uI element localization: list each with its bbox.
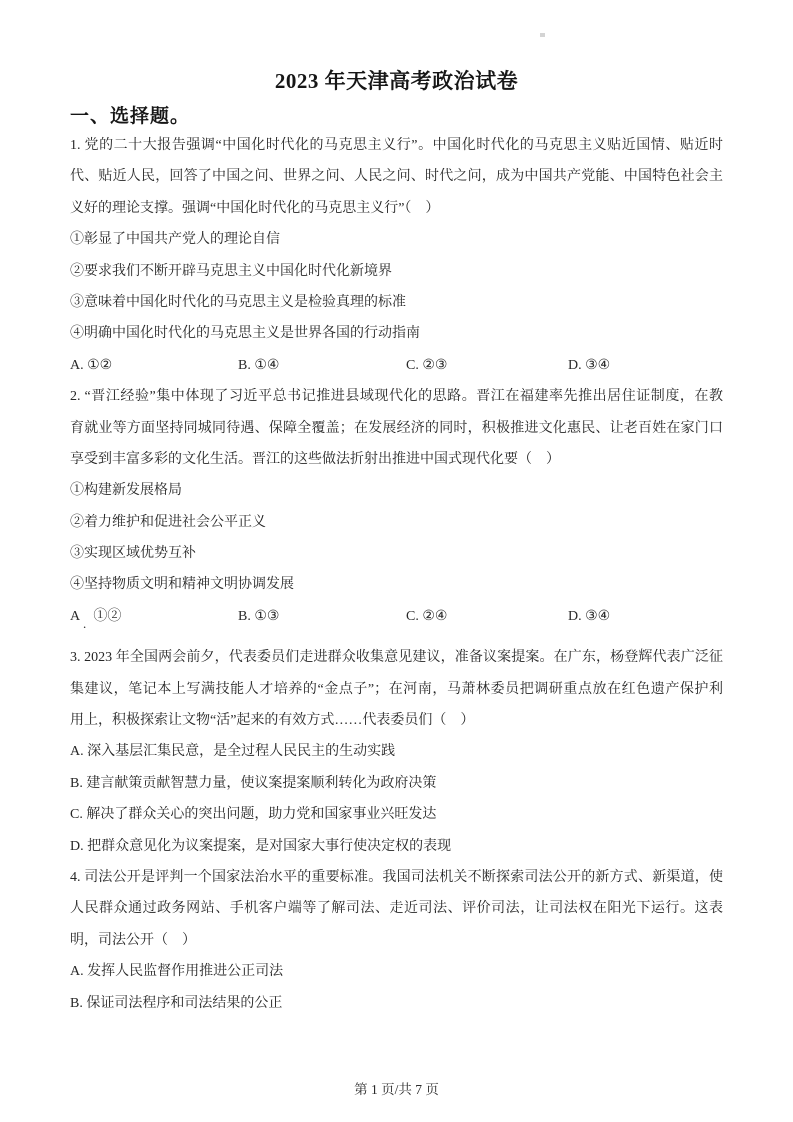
question-3-choice-c: C. 解决了群众关心的突出问题，助力党和国家事业兴旺发达 — [70, 799, 723, 830]
question-2-option-b: B. ①③ — [238, 601, 406, 632]
question-4: 4. 司法公开是评判一个国家法治水平的重要标准。我国司法机关不断探索司法公开的新… — [70, 862, 723, 1019]
section-heading: 一、选择题。 — [0, 104, 793, 130]
page-title: 2023 年天津高考政治试卷 — [0, 66, 793, 96]
question-2-option-a: A ①② — [70, 601, 238, 632]
question-1-option-b: B. ①④ — [238, 350, 406, 381]
question-2-option-c: C. ②④ — [406, 601, 568, 632]
question-1-option-a: A. ①② — [70, 350, 238, 381]
question-1: 1. 党的二十大报告强调“中国化时代化的马克思主义行”。中国化时代化的马克思主义… — [70, 130, 723, 381]
question-1-stem-line-2: 代、贴近人民，回答了中国之问、世界之问、人民之问、时代之问，成为中国共产党能、中… — [70, 161, 723, 192]
question-3: 3. 2023 年全国两会前夕，代表委员们走进群众收集意见建议，准备议案提案。在… — [70, 642, 723, 862]
question-4-choice-a: A. 发挥人民监督作用推进公正司法 — [70, 956, 723, 987]
question-1-options-row: A. ①② B. ①④ C. ②③ D. ③④ — [70, 350, 723, 381]
question-4-stem-line-3: 明，司法公开（ ） — [70, 925, 723, 956]
exam-paper-page: 2023 年天津高考政治试卷 一、选择题。 1. 党的二十大报告强调“中国化时代… — [0, 0, 793, 1122]
question-4-stem-line-1: 4. 司法公开是评判一个国家法治水平的重要标准。我国司法机关不断探索司法公开的新… — [70, 862, 723, 893]
question-2-item-1: ①构建新发展格局 — [70, 475, 723, 506]
question-2-stem-line-2: 育就业等方面坚持同城同待遇、保障全覆盖；在发展经济的同时，积极推进文化惠民、让老… — [70, 413, 723, 444]
question-3-stem-line-2: 集建议，笔记本上写满技能人才培养的“金点子”；在河南，马萧林委员把调研重点放在红… — [70, 674, 723, 705]
question-1-stem-line-3: 义好的理论支撑。强调“中国化时代化的马克思主义行”（ ） — [70, 193, 723, 224]
question-3-choice-d: D. 把群众意见化为议案提案，是对国家大事行使决定权的表现 — [70, 831, 723, 862]
question-2-options-row: A ①② B. ①③ C. ②④ D. ③④ . — [70, 601, 723, 632]
exam-body: 1. 党的二十大报告强调“中国化时代化的马克思主义行”。中国化时代化的马克思主义… — [0, 130, 793, 1019]
question-3-choice-a: A. 深入基层汇集民意，是全过程人民民主的生动实践 — [70, 736, 723, 767]
question-1-option-d: D. ③④ — [568, 350, 610, 381]
question-1-option-c: C. ②③ — [406, 350, 568, 381]
dropped-period-artifact: . — [83, 617, 86, 630]
question-3-stem-line-1: 3. 2023 年全国两会前夕，代表委员们走进群众收集意见建议，准备议案提案。在… — [70, 642, 723, 673]
question-4-stem-line-2: 人民群众通过政务网站、手机客户端等了解司法、走近司法、评价司法，让司法权在阳光下… — [70, 893, 723, 924]
question-2: 2. “晋江经验”集中体现了习近平总书记推进县域现代化的思路。晋江在福建率先推出… — [70, 381, 723, 632]
question-2-item-4: ④坚持物质文明和精神文明协调发展 — [70, 569, 723, 600]
question-1-stem-line-1: 1. 党的二十大报告强调“中国化时代化的马克思主义行”。中国化时代化的马克思主义… — [70, 130, 723, 161]
question-1-item-3: ③意味着中国化时代化的马克思主义是检验真理的标准 — [70, 287, 723, 318]
question-3-choice-b: B. 建言献策贡献智慧力量，使议案提案顺利转化为政府决策 — [70, 768, 723, 799]
scan-artifact-mark — [540, 33, 545, 37]
question-1-item-1: ①彰显了中国共产党人的理论自信 — [70, 224, 723, 255]
question-2-item-3: ③实现区域优势互补 — [70, 538, 723, 569]
question-2-item-2: ②着力维护和促进社会公平正义 — [70, 507, 723, 538]
question-3-stem-line-3: 用上，积极探索让文物“活”起来的有效方式……代表委员们（ ） — [70, 705, 723, 736]
page-footer: 第 1 页/共 7 页 — [0, 1078, 793, 1098]
question-2-stem-line-3: 享受到丰富多彩的文化生活。晋江的这些做法折射出推进中国式现代化要（ ） — [70, 444, 723, 475]
question-1-item-4: ④明确中国化时代化的马克思主义是世界各国的行动指南 — [70, 318, 723, 349]
question-1-item-2: ②要求我们不断开辟马克思主义中国化时代化新境界 — [70, 256, 723, 287]
question-2-option-d: D. ③④ — [568, 601, 610, 632]
question-4-choice-b: B. 保证司法程序和司法结果的公正 — [70, 988, 723, 1019]
question-2-stem-line-1: 2. “晋江经验”集中体现了习近平总书记推进县域现代化的思路。晋江在福建率先推出… — [70, 381, 723, 412]
